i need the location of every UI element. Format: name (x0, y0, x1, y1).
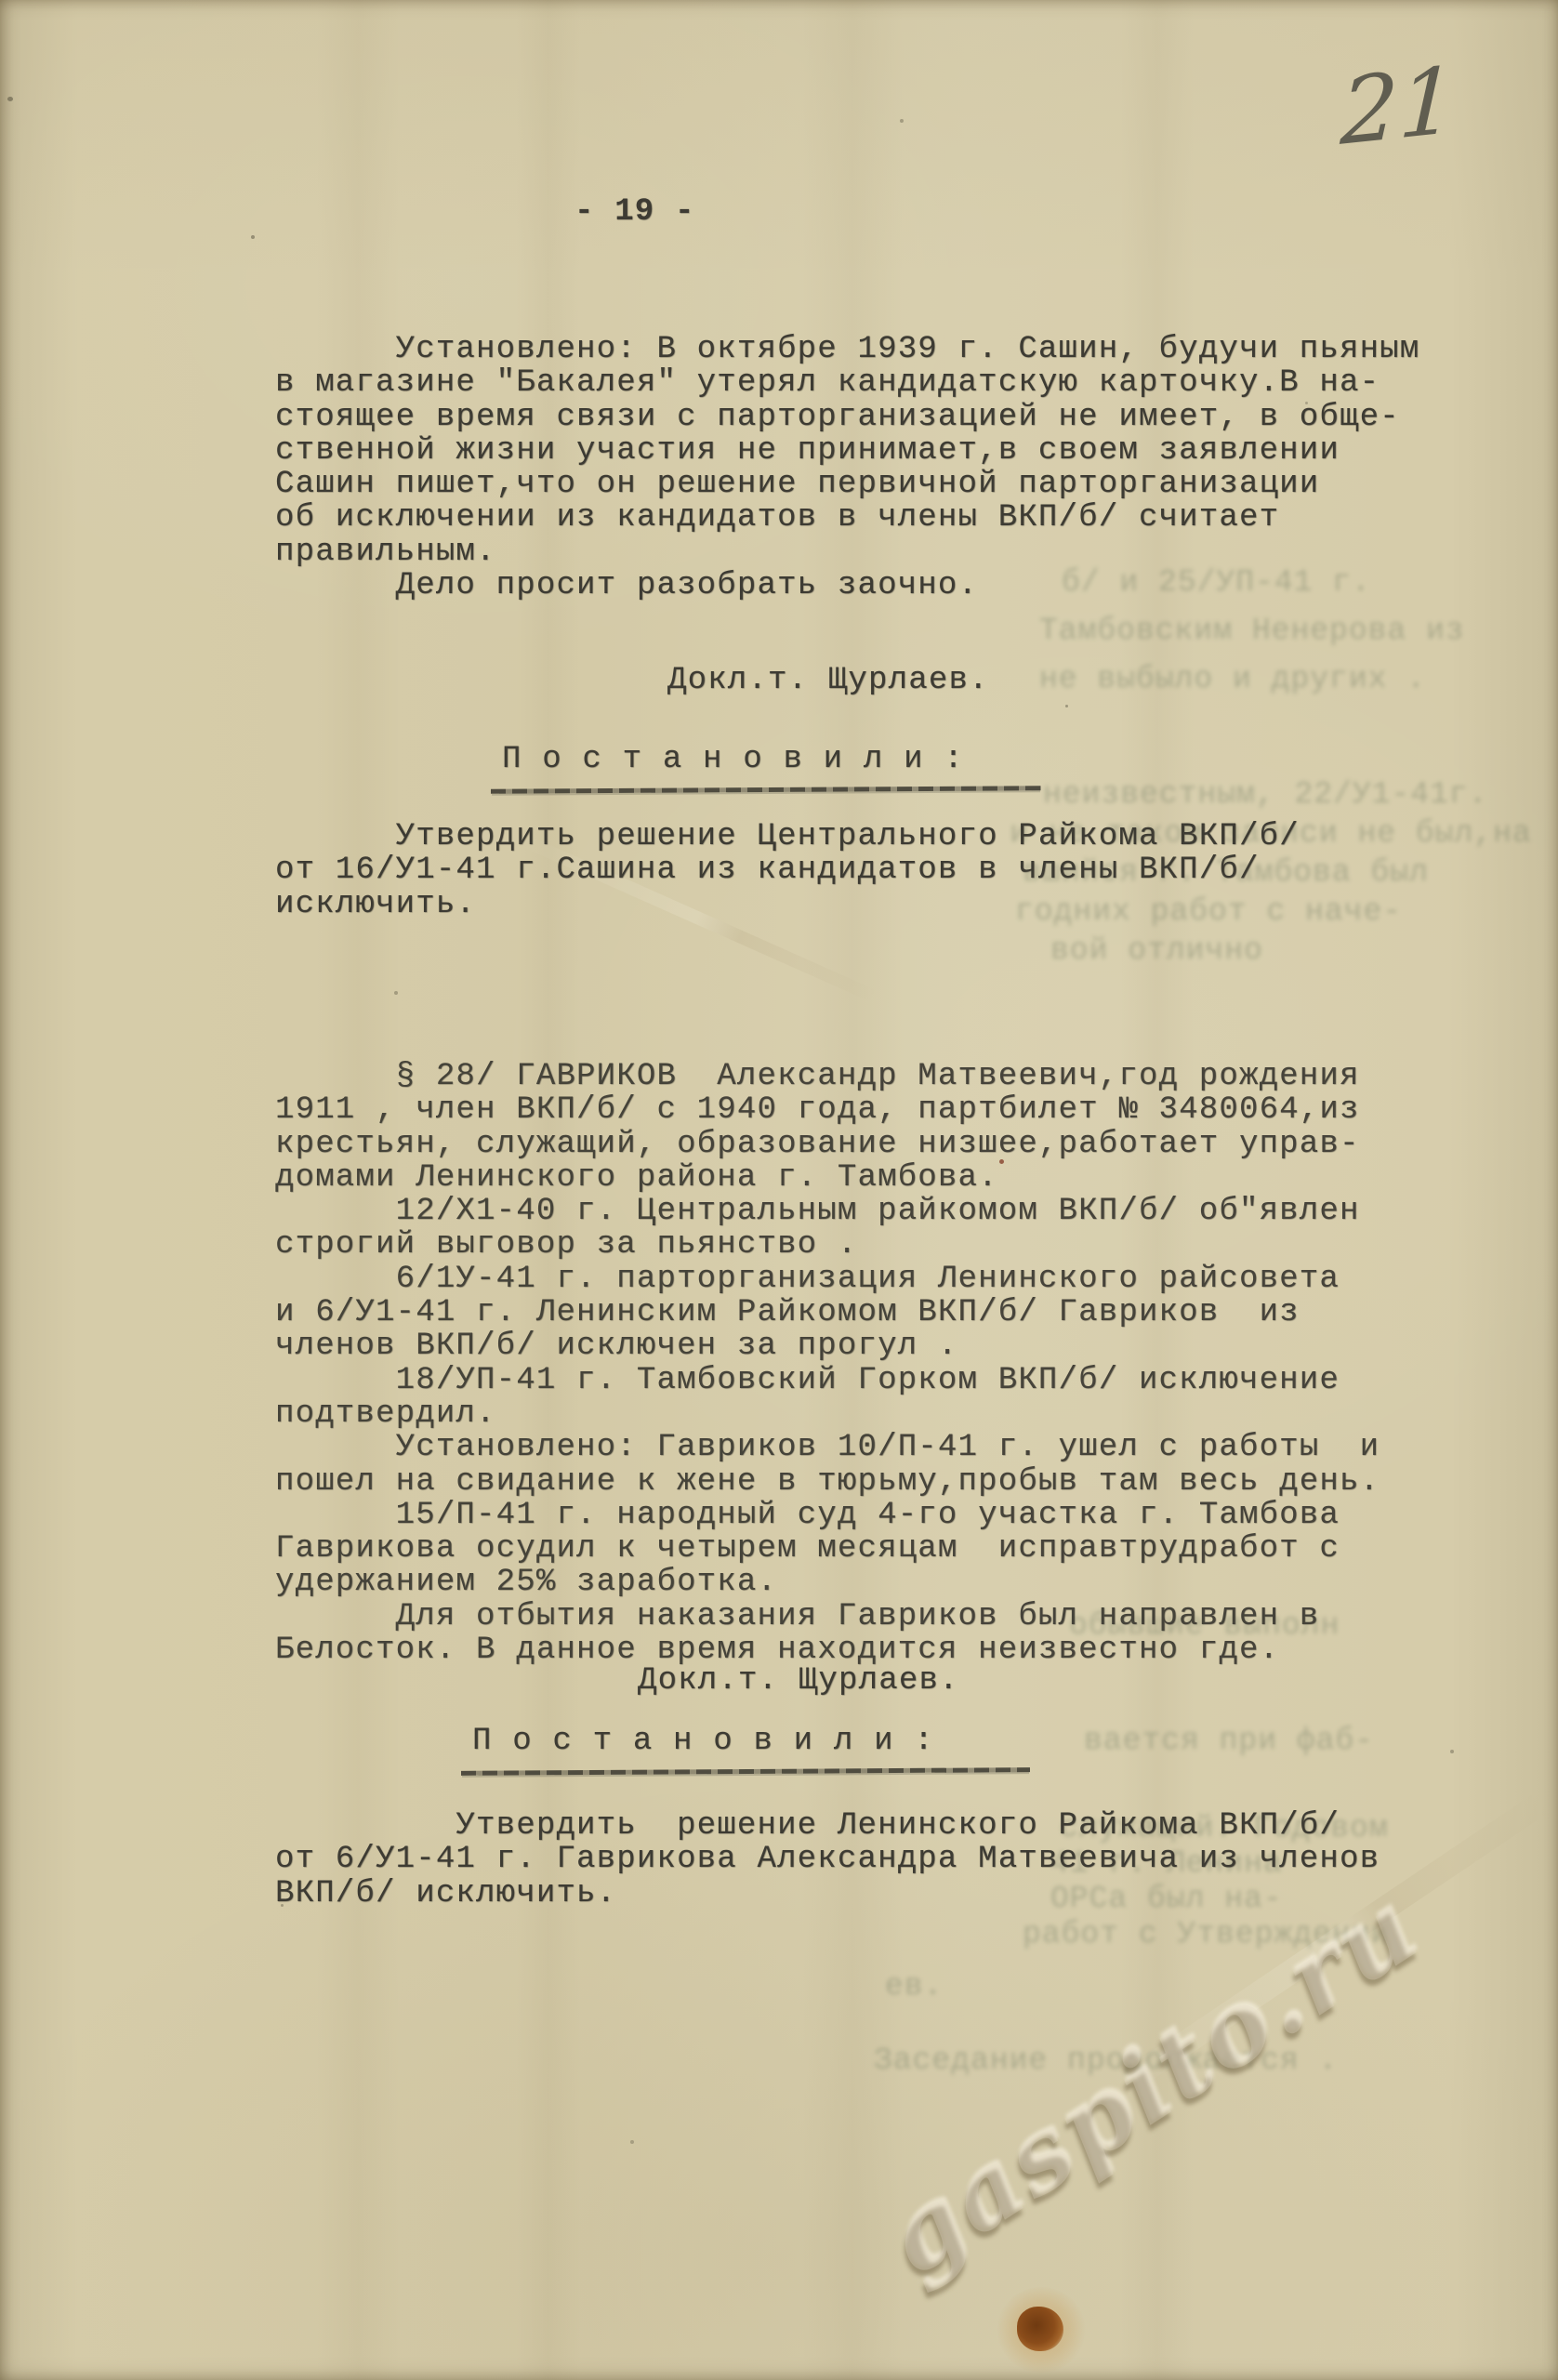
paper-speck (251, 235, 255, 239)
paper-speck (1065, 705, 1068, 707)
bleed-through-fragment: неизвестным, 22/У1-41г. (1043, 777, 1487, 812)
paper-speck (1450, 1750, 1454, 1753)
case-sashin-resolved-heading: П о с т а н о в и л и : (502, 743, 964, 776)
wax-stain (1017, 2307, 1063, 2351)
handwritten-sheet-number: 21 (1339, 47, 1458, 166)
heading-underline (491, 786, 1041, 794)
case-gavrikov-resolution-paragraph: Утвердить решение Ленинского Райкома ВКП… (275, 1809, 1380, 1911)
case-sashin-established-paragraph: Установлено: В октябре 1939 г. Сашин, бу… (275, 333, 1419, 602)
paper-speck (900, 119, 904, 123)
case-sashin-reporter-line: Докл.т. Щурлаев. (667, 664, 989, 697)
paper-speck (630, 2140, 634, 2144)
heading-underline (461, 1767, 1030, 1776)
bleed-through-fragment: не выбыло и других . (1039, 662, 1426, 696)
case-gavrikov-reporter-line: Докл.т. Щурлаев. (638, 1664, 959, 1698)
paper-speck (7, 97, 13, 101)
case-sashin-resolution-paragraph: Утвердить решение Центрального Райкома В… (275, 820, 1300, 921)
case-gavrikov-resolved-heading: П о с т а н о в и л и : (472, 1725, 934, 1758)
bleed-through-fragment: вается при фаб- (1084, 1724, 1374, 1758)
bleed-through-fragment: вой отлично (1050, 933, 1263, 968)
bleed-through-fragment: Тамбовским Ненерова из (1039, 614, 1465, 648)
paper-speck (394, 991, 398, 995)
scanned-document-page: б/ и 25/УП-41 г.Тамбовским Ненерова изне… (0, 0, 1558, 2380)
bleed-through-fragment: ев. (885, 1969, 943, 2003)
page-number: - 19 - (574, 195, 695, 229)
case-gavrikov-paragraph: § 28/ ГАВРИКОВ Александр Матвеевич,год р… (275, 1060, 1380, 1667)
